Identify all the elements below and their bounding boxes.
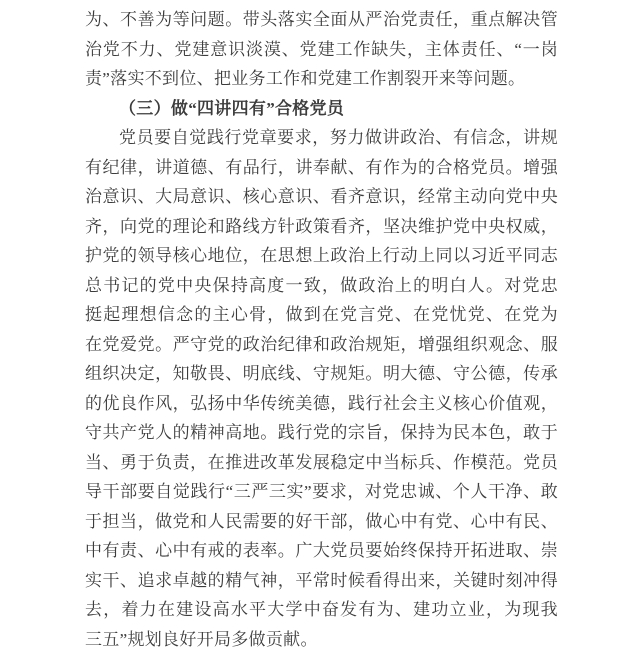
text-line: 实干、追求卓越的精气神，平常时候看得出来，关键时刻冲得上 bbox=[85, 566, 558, 596]
text-line: 中有责、心中有戒的表率。广大党员要始终保持开拓进取、崇尚 bbox=[85, 536, 558, 566]
text-line: 治意识、大局意识、核心意识、看齐意识，经常主动向党中央看 bbox=[85, 182, 558, 212]
text-line: 组织决定，知敬畏、明底线、守规矩。明大德、守公德，传承党 bbox=[85, 359, 558, 389]
text-line: 责”落实不到位、把业务工作和党建工作割裂开来等问题。 bbox=[85, 64, 558, 94]
text-line: 为、不善为等问题。带头落实全面从严治党责任，重点解决管党 bbox=[85, 5, 558, 35]
document-page: 为、不善为等问题。带头落实全面从严治党责任，重点解决管党 治党不力、党建意识淡漠… bbox=[0, 0, 627, 662]
text-line: 的优良作风，弘扬中华传统美德，践行社会主义核心价值观，坚 bbox=[85, 389, 558, 419]
text-line: 去，着力在建设高水平大学中奋发有为、建功立业，为现我校“十 bbox=[85, 595, 558, 625]
text-line: 当、勇于负责，在推进改革发展稳定中当标兵、作模范。党员领 bbox=[85, 448, 558, 478]
text-line: 齐，向党的理论和路线方针政策看齐，坚决维护党中央权威，维 bbox=[85, 212, 558, 242]
text-line: 护党的领导核心地位，在思想上政治上行动上同以习近平同志为 bbox=[85, 241, 558, 271]
section-heading: （三）做“四讲四有”合格党员 bbox=[85, 94, 558, 124]
text-line: 党员要自觉践行党章要求，努力做讲政治、有信念，讲规矩、 bbox=[85, 123, 558, 153]
text-line: 有纪律，讲道德、有品行，讲奉献、有作为的合格党员。增强政 bbox=[85, 153, 558, 183]
text-line: 总书记的党中央保持高度一致，做政治上的明白人。对党忠诚， bbox=[85, 271, 558, 301]
text-line: 挺起理想信念的主心骨，做到在党言党、在党忧党、在党为党、 bbox=[85, 300, 558, 330]
text-line: 三五”规划良好开局多做贡献。 bbox=[85, 625, 558, 655]
text-line: 在党爱党。严守党的政治纪律和政治规矩，增强组织观念、服从 bbox=[85, 330, 558, 360]
text-line: 治党不力、党建意识淡漠、党建工作缺失，主体责任、“一岗双 bbox=[85, 35, 558, 65]
text-line: 于担当，做党和人民需要的好干部，做心中有党、心中有民、心 bbox=[85, 507, 558, 537]
text-line: 导干部要自觉践行“三严三实”要求，对党忠诚、个人干净、敢 bbox=[85, 477, 558, 507]
text-line: 守共产党人的精神高地。践行党的宗旨，保持为民本色，敢于担 bbox=[85, 418, 558, 448]
